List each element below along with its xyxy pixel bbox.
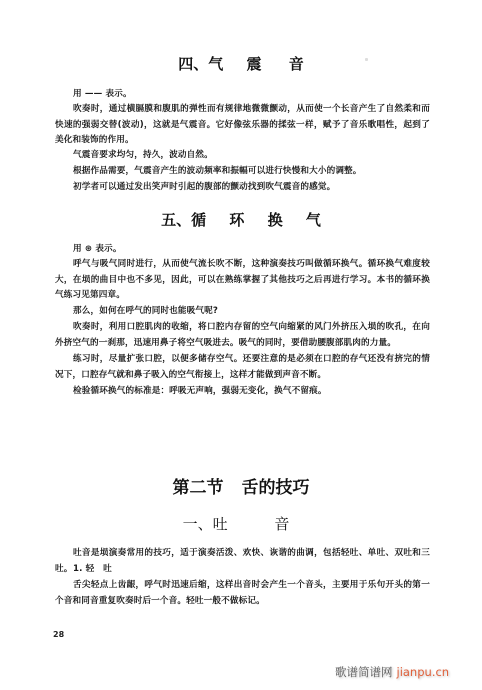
watermark-text: 歌谱简谱网: [335, 665, 393, 679]
title-part: 四、气: [178, 53, 223, 74]
paragraph: 根据作品需要，气震音产生的波动频率和振幅可以进行快慢和大小的调整。: [55, 164, 430, 180]
title-part: 音: [289, 53, 304, 74]
paragraph: 初学者可以通过发出笑声时引起的腹部的颤动找到吹气震音的感觉。: [55, 180, 430, 196]
chapter-name: 舌的技巧: [242, 478, 310, 498]
paragraph: 吹奏时，通过横膈膜和腹肌的弹性而有规律地微微颤动，从而使一个长音产生了自然柔和而…: [55, 102, 430, 149]
subsection-title-tu-yin: 一、吐 音: [0, 513, 482, 534]
chapter-title: 第二节舌的技巧: [0, 473, 482, 498]
title-part: 气: [306, 209, 321, 230]
paragraph: 检验循环换气的标准是：呼吸无声响，强弱无变化，换气不留痕。: [55, 384, 430, 400]
title-part: 一、吐: [183, 513, 228, 534]
title-part: 五、循: [161, 209, 206, 230]
paragraph: 吹奏时，利用口腔肌肉的收缩，将口腔内存留的空气向缩紧的风门外挤压入埙的吹孔，在向…: [55, 320, 430, 351]
sub-heading: 1. 轻 吐: [55, 562, 430, 578]
title-part: 换: [268, 209, 283, 230]
scan-speck: [365, 58, 368, 61]
paragraph: 那么，如何在呼气的同时也能吸气呢?: [55, 304, 430, 320]
paragraph: 用 —— 表示。: [55, 87, 430, 103]
section-title-qi-zhen-yin: 四、气 震 音: [0, 53, 482, 74]
title-part: 震: [246, 53, 261, 74]
chapter-number: 第二节: [173, 478, 224, 498]
section-title-xun-huan-huan-qi: 五、循 环 换 气: [0, 209, 482, 230]
title-part: 音: [274, 513, 289, 534]
watermark: 歌谱简谱网jianpu.cn: [335, 664, 449, 680]
watermark-site: jianpu.cn: [397, 665, 450, 679]
book-page: 四、气 震 音 用 —— 表示。 吹奏时，通过横膈膜和腹肌的弹性而有规律地微微颤…: [0, 0, 482, 690]
page-number: 28: [53, 630, 64, 639]
paragraph: 呼气与吸气同时进行，从而使气流长吹不断，这种演奏技巧叫做循环换气。循环换气难度较…: [55, 257, 430, 304]
paragraph: 气震音要求均匀，持久，波动自然。: [55, 148, 430, 164]
paragraph: 练习时，尽量扩张口腔，以便多储存空气。还要注意的是必须在口腔的存气还没有挤完的情…: [55, 352, 430, 383]
paragraph: 用 ⊛ 表示。: [55, 242, 430, 258]
paragraph: 舌尖轻点上齿龈，呼气时迅速后缩，这样出音时会产生一个音头，主要用于乐句开头的第一…: [55, 578, 430, 609]
title-part: 环: [229, 209, 244, 230]
